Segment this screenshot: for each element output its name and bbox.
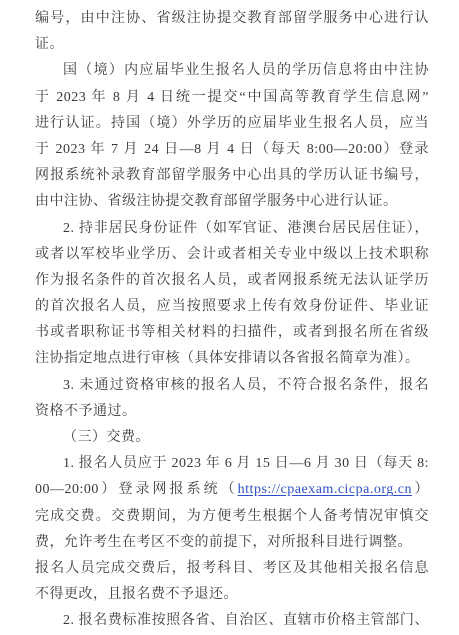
text-line: 编号，由中注协、省级注协提交教育部留学服务中心进行认 bbox=[35, 6, 429, 32]
text-line: 不得更改，且报名费不予退还。 bbox=[35, 582, 429, 608]
text-segment: 证。 bbox=[35, 37, 64, 52]
text-segment: 不得更改，且报名费不予退还。 bbox=[35, 587, 238, 602]
text-segment: 编号，由中注协、省级注协提交教育部留学服务中心进行认 bbox=[35, 11, 429, 26]
text-segment: 的首次报名人员，应当按照要求上传有效身份证件、毕业证 bbox=[35, 299, 429, 314]
text-segment: 完成交费。交费期间，为方便考生根据个人备考情况审慎交 bbox=[35, 509, 429, 524]
text-segment: 费，允许考生在考区不变的前提下，对所报科目进行调整。 bbox=[35, 535, 412, 550]
document-body: 编号，由中注协、省级注协提交教育部留学服务中心进行认证。国（境）内应届毕业生报名… bbox=[35, 6, 429, 635]
text-segment: 书或者职称证书等相关材料的扫描件，或者到报名所在省级 bbox=[35, 325, 429, 340]
text-line: 国（境）内应届毕业生报名人员的学历信息将由中注协 bbox=[35, 58, 429, 84]
text-line: 网报系统补录教育部留学服务中心出具的学历认证书编号， bbox=[35, 163, 429, 189]
text-line: （三）交费。 bbox=[35, 425, 429, 451]
text-line: 于 2023 年 8 月 4 日统一提交“中国高等教育学生信息网” bbox=[35, 85, 429, 111]
text-line: 1. 报名人员应于 2023 年 6 月 15 日—6 月 30 日（每天 8: bbox=[35, 451, 429, 477]
text-line: 费，允许考生在考区不变的前提下，对所报科目进行调整。 bbox=[35, 530, 429, 556]
text-line: 2. 持非居民身份证件（如军官证、港澳台居民居住证）， bbox=[35, 216, 429, 242]
text-segment: ） bbox=[412, 482, 429, 497]
text-segment: 作为报名条件的首次报名人员，或者网报系统无法认证学历 bbox=[35, 273, 429, 288]
text-segment: 于 2023 年 7 月 24 日—8 月 4 日（每天 8:00—20:00）… bbox=[35, 142, 429, 157]
text-segment: 资格不予通过。 bbox=[35, 404, 137, 419]
text-segment: 进行认证。持国（境）外学历的应届毕业生报名人员，应当 bbox=[35, 116, 429, 131]
text-line: 作为报名条件的首次报名人员，或者网报系统无法认证学历 bbox=[35, 268, 429, 294]
text-line: 完成交费。交费期间，为方便考生根据个人备考情况审慎交 bbox=[35, 504, 429, 530]
text-line: 书或者职称证书等相关材料的扫描件，或者到报名所在省级 bbox=[35, 320, 429, 346]
text-segment: 3. 未通过资格审核的报名人员，不符合报名条件，报名 bbox=[63, 378, 429, 393]
text-line: 资格不予通过。 bbox=[35, 399, 429, 425]
text-segment: 网报系统补录教育部留学服务中心出具的学历认证书编号， bbox=[35, 168, 429, 183]
text-segment: 由中注协、省级注协提交教育部留学服务中心进行认证。 bbox=[35, 194, 398, 209]
text-segment: 国（境）内应届毕业生报名人员的学历信息将由中注协 bbox=[63, 63, 429, 78]
text-line: 或者以军校毕业学历、会计或者相关专业中级以上技术职称 bbox=[35, 242, 429, 268]
text-line: 的首次报名人员，应当按照要求上传有效身份证件、毕业证 bbox=[35, 294, 429, 320]
text-line: 进行认证。持国（境）外学历的应届毕业生报名人员，应当 bbox=[35, 111, 429, 137]
document-page: 编号，由中注协、省级注协提交教育部留学服务中心进行认证。国（境）内应届毕业生报名… bbox=[0, 0, 459, 635]
text-segment: 2. 报名费标准按照各省、自治区、直辖市价格主管部门、 bbox=[63, 613, 429, 628]
text-segment: 报名人员完成交费后，报考科目、考区及其他相关报名信息 bbox=[35, 561, 429, 576]
text-segment: 或者以军校毕业学历、会计或者相关专业中级以上技术职称 bbox=[35, 247, 429, 262]
text-line: 证。 bbox=[35, 32, 429, 58]
text-segment: 00—20:00）登录网报系统（ bbox=[35, 482, 238, 497]
text-segment: 注协指定地点进行审核（具体安排请以各省报名简章为准）。 bbox=[35, 351, 420, 366]
text-line: 2. 报名费标准按照各省、自治区、直辖市价格主管部门、 bbox=[35, 608, 429, 634]
text-segment: 于 2023 年 8 月 4 日统一提交“中国高等教育学生信息网” bbox=[35, 90, 429, 105]
text-line: 注协指定地点进行审核（具体安排请以各省报名简章为准）。 bbox=[35, 346, 429, 372]
text-line: 由中注协、省级注协提交教育部留学服务中心进行认证。 bbox=[35, 189, 429, 215]
text-line: 报名人员完成交费后，报考科目、考区及其他相关报名信息 bbox=[35, 556, 429, 582]
text-segment: （三）交费。 bbox=[63, 430, 150, 445]
text-line: 于 2023 年 7 月 24 日—8 月 4 日（每天 8:00—20:00）… bbox=[35, 137, 429, 163]
text-line: 00—20:00）登录网报系统（https://cpaexam.cicpa.or… bbox=[35, 477, 429, 503]
text-segment: 1. 报名人员应于 2023 年 6 月 15 日—6 月 30 日（每天 8: bbox=[63, 456, 429, 471]
text-line: 3. 未通过资格审核的报名人员，不符合报名条件，报名 bbox=[35, 373, 429, 399]
registration-url-link[interactable]: https://cpaexam.cicpa.org.cn bbox=[238, 482, 412, 497]
text-segment: 2. 持非居民身份证件（如军官证、港澳台居民居住证）， bbox=[63, 221, 429, 236]
